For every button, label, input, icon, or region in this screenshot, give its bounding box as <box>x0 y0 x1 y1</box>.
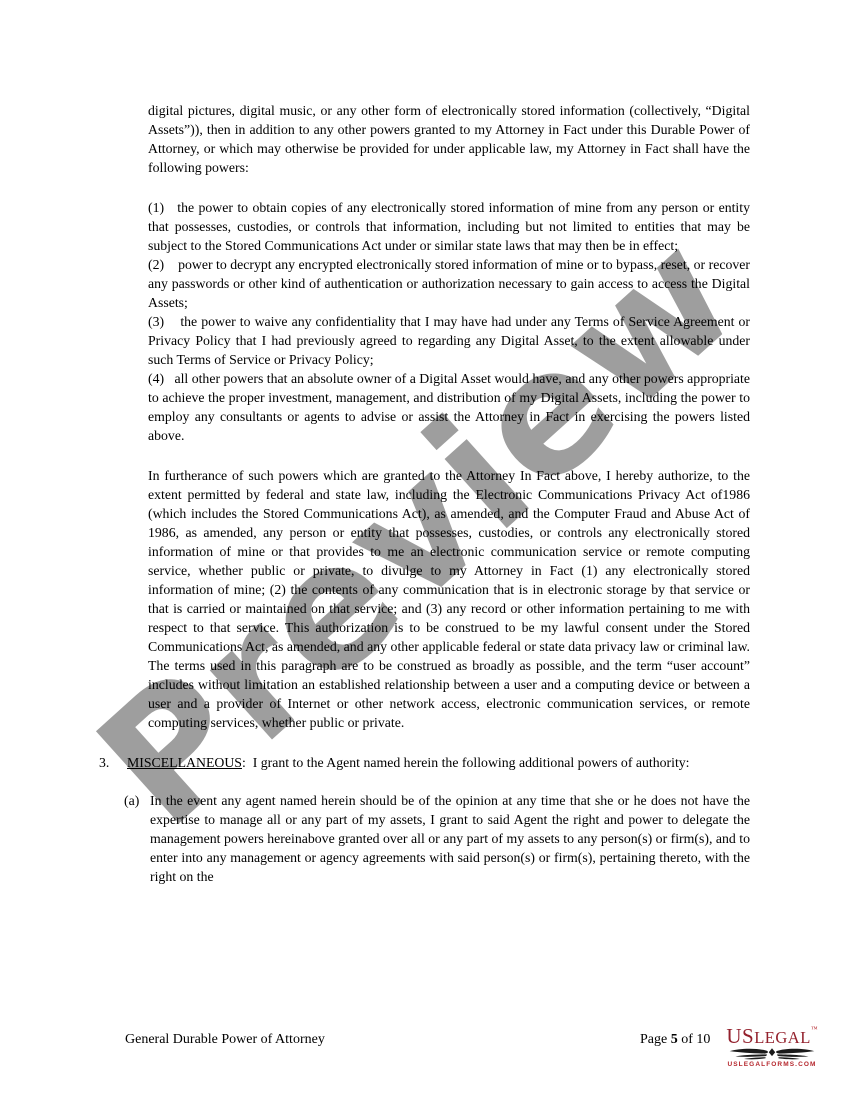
subitem-a: (a)In the event any agent named herein s… <box>124 791 750 886</box>
subitem-a-marker: (a) <box>124 791 139 810</box>
uslegal-logo: USLEGAL™ USLEGALFORMS.COM <box>720 1025 824 1068</box>
section-number: 3. <box>99 753 109 772</box>
page-total: 10 <box>696 1032 710 1047</box>
document-page: Preview digital pictures, digital music,… <box>0 0 850 1100</box>
power-item-3: (3) the power to waive any confidentiali… <box>148 312 750 369</box>
logo-site-url: USLEGALFORMS.COM <box>720 1061 824 1068</box>
logo-us: US <box>726 1024 754 1048</box>
page-label-middle: of <box>678 1032 697 1047</box>
subitem-a-text: In the event any agent named herein shou… <box>150 793 750 884</box>
intro-paragraph: digital pictures, digital music, or any … <box>148 101 750 177</box>
footer-doc-title: General Durable Power of Attorney <box>125 1032 325 1048</box>
eagle-wings-icon <box>720 1048 824 1060</box>
footer-page-label: Page 5 of 10 <box>640 1032 710 1048</box>
furtherance-paragraph: In furtherance of such powers which are … <box>148 466 750 732</box>
trademark-symbol: ™ <box>811 1025 818 1033</box>
power-item-1: (1) the power to obtain copies of any el… <box>148 198 750 255</box>
powers-list: (1) the power to obtain copies of any el… <box>99 198 750 445</box>
section-3-miscellaneous: 3.MISCELLANEOUS: I grant to the Agent na… <box>99 753 750 772</box>
section-heading: MISCELLANEOUS <box>127 755 242 770</box>
page-label-prefix: Page <box>640 1032 671 1047</box>
power-item-4: (4) all other powers that an absolute ow… <box>148 369 750 445</box>
logo-legal: LEGAL <box>754 1028 811 1047</box>
power-item-2: (2) power to decrypt any encrypted elect… <box>148 255 750 312</box>
page-number: 5 <box>671 1032 678 1047</box>
document-body: digital pictures, digital music, or any … <box>99 101 750 886</box>
section-heading-text: : I grant to the Agent named herein the … <box>242 755 690 770</box>
logo-wordmark: USLEGAL™ <box>720 1025 824 1048</box>
